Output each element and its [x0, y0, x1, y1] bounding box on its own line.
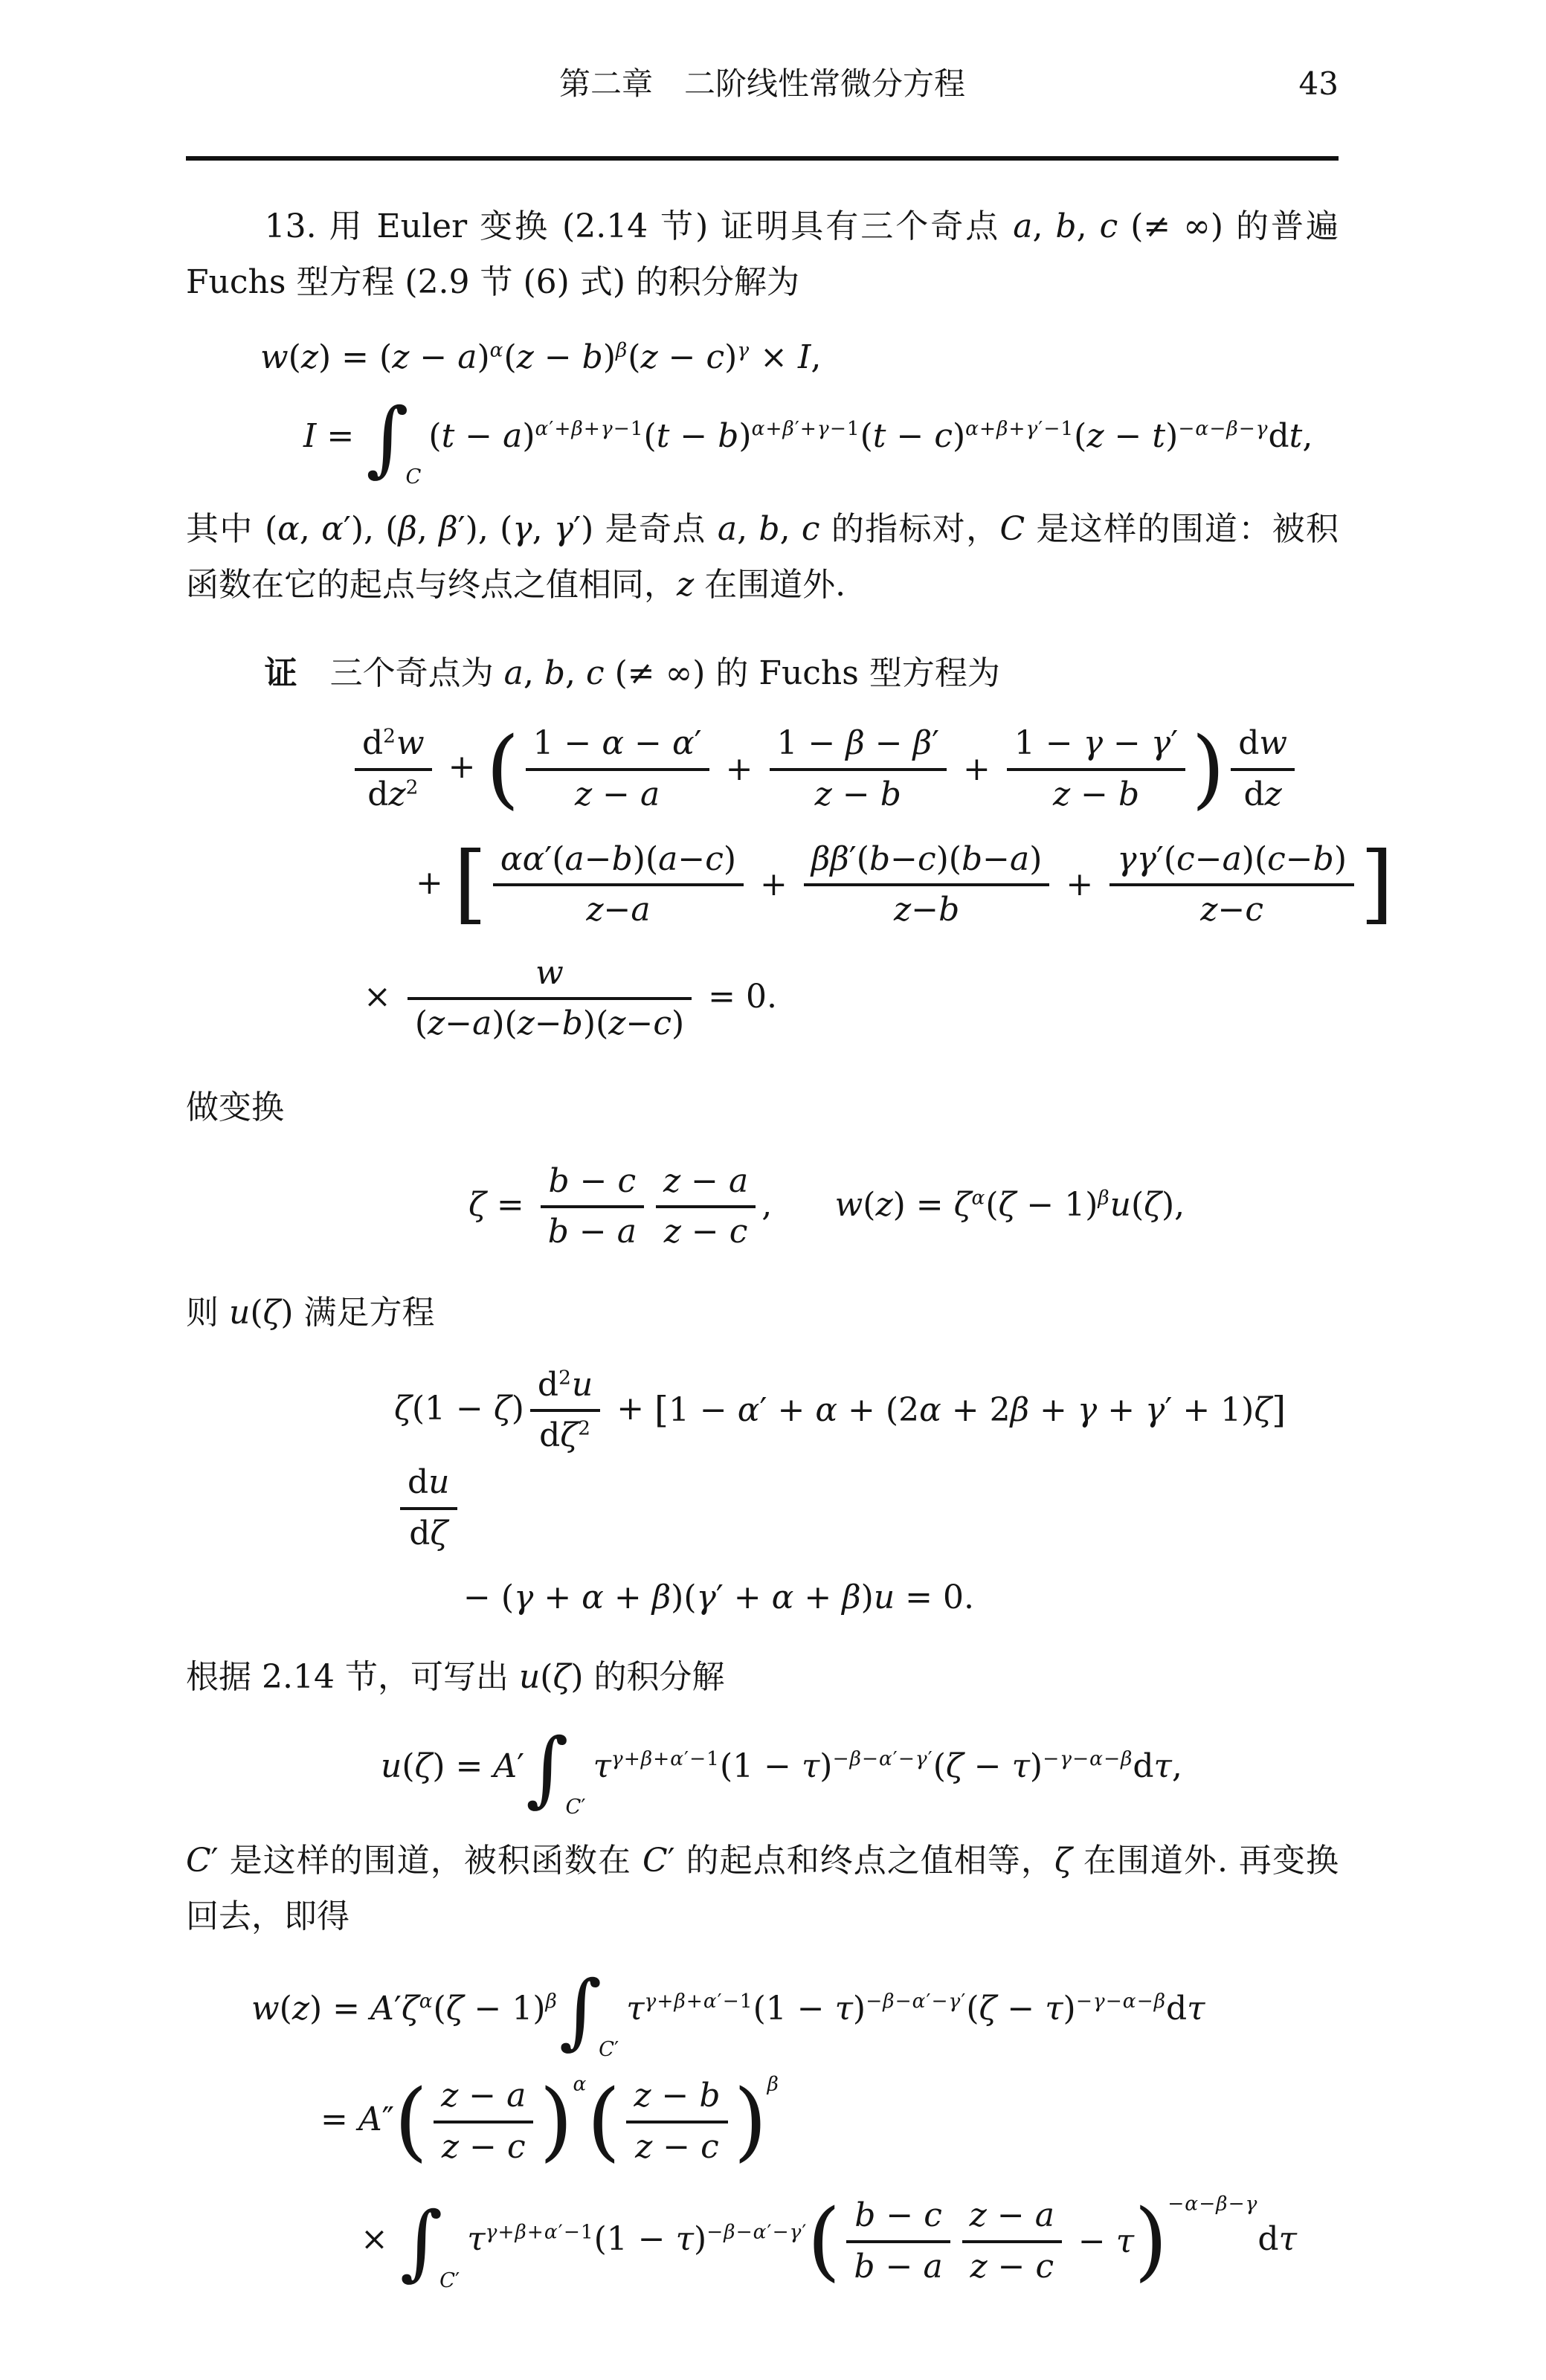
final-solution-line-2: = A″(z − az − c)α(z − bz − c)β — [321, 2073, 1339, 2170]
integral-solution-intro-paragraph: 根据 2.14 节，可写出 u(ζ) 的积分解 — [186, 1650, 1339, 1706]
index-pairs-paragraph: 其中 (α, α′), (β, β′), (γ, γ′) 是奇点 a, b, c… — [186, 502, 1339, 613]
page-number: 43 — [1299, 65, 1339, 103]
solution-form-equation: w(z) = (z − a)α(z − b)β(z − c)γ × I, I =… — [186, 339, 1339, 477]
transformation-intro-paragraph: 做变换 — [186, 1080, 1339, 1136]
fuchs-equation: d2wdz2 + (1 − α − α′z − a + 1 − β − β′z … — [186, 720, 1339, 1048]
proof-start-paragraph: 证 三个奇点为 a, b, c (≠ ∞) 的 Fuchs 型方程为 — [186, 646, 1339, 702]
hypergeometric-equation-line-2: − (γ + α + β)(γ′ + α + β)u = 0. — [463, 1579, 1339, 1617]
u-integral-equation: u(ζ) = A′∫C′τγ+β+α′−1(1 − τ)−β−α′−γ′(ζ −… — [381, 1729, 1339, 1807]
page-header: 第二章 二阶线性常微分方程 43 — [186, 65, 1339, 161]
equation-w-of-z: w(z) = (z − a)α(z − b)β(z − c)γ × I, — [260, 339, 1339, 377]
final-solution-line-1: w(z) = A′ζα(ζ − 1)β∫C′τγ+β+α′−1(1 − τ)−β… — [251, 1972, 1339, 2050]
fuchs-equation-line-2: + [αα′(a−b)(a−c)z−a + ββ′(b−c)(b−a)z−b +… — [416, 836, 1339, 934]
zeta-transformation-equation: ζ = b − cb − az − az − c, w(z) = ζα(ζ − … — [468, 1158, 1339, 1256]
proof-label: 证 — [265, 654, 297, 692]
running-head: 第二章 二阶线性常微分方程 43 — [186, 65, 1339, 103]
u-satisfies-paragraph: 则 u(ζ) 满足方程 — [186, 1286, 1339, 1341]
equation-integral-I: I = ∫C(t − a)α′+β+γ−1(t − b)α+β′+γ−1(t −… — [303, 399, 1339, 477]
hypergeometric-equation: ζ(1 − ζ)d2udζ2 + [1 − α′ + α + (2α + 2β … — [186, 1362, 1339, 1617]
fuchs-equation-line-3: × w(z−a)(z−b)(z−c) = 0. — [364, 950, 1339, 1048]
final-solution-equation: w(z) = A′ζα(ζ − 1)β∫C′τγ+β+α′−1(1 − τ)−β… — [186, 1972, 1339, 2291]
final-solution-line-3: × ∫C′τγ+β+α′−1(1 − τ)−β−α′−γ′(b − cb − a… — [361, 2193, 1339, 2290]
fuchs-equation-line-1: d2wdz2 + (1 − α − α′z − a + 1 − β − β′z … — [349, 720, 1339, 818]
transformation-equation-block: ζ = b − cb − az − az − c, w(z) = ζα(ζ − … — [186, 1158, 1339, 1256]
chapter-title: 第二章 二阶线性常微分方程 — [559, 65, 965, 102]
page-body: 13. 用 Euler 变换 (2.14 节) 证明具有三个奇点 a, b, c… — [186, 199, 1339, 2290]
hypergeometric-equation-line-1: ζ(1 − ζ)d2udζ2 + [1 − α′ + α + (2α + 2β … — [394, 1362, 1339, 1557]
problem-statement-paragraph: 13. 用 Euler 变换 (2.14 节) 证明具有三个奇点 a, b, c… — [186, 199, 1339, 311]
contour-description-paragraph: C′ 是这样的围道，被积函数在 C′ 的起点和终点之值相等，ζ 在围道外. 再变… — [186, 1834, 1339, 1945]
u-integral-equation-block: u(ζ) = A′∫C′τγ+β+α′−1(1 − τ)−β−α′−γ′(ζ −… — [186, 1729, 1339, 1807]
header-rule — [186, 156, 1339, 161]
proof-intro-text: 三个奇点为 a, b, c (≠ ∞) 的 Fuchs 型方程为 — [297, 654, 1000, 692]
textbook-page: 第二章 二阶线性常微分方程 43 13. 用 Euler 变换 (2.14 节)… — [0, 0, 1546, 2380]
